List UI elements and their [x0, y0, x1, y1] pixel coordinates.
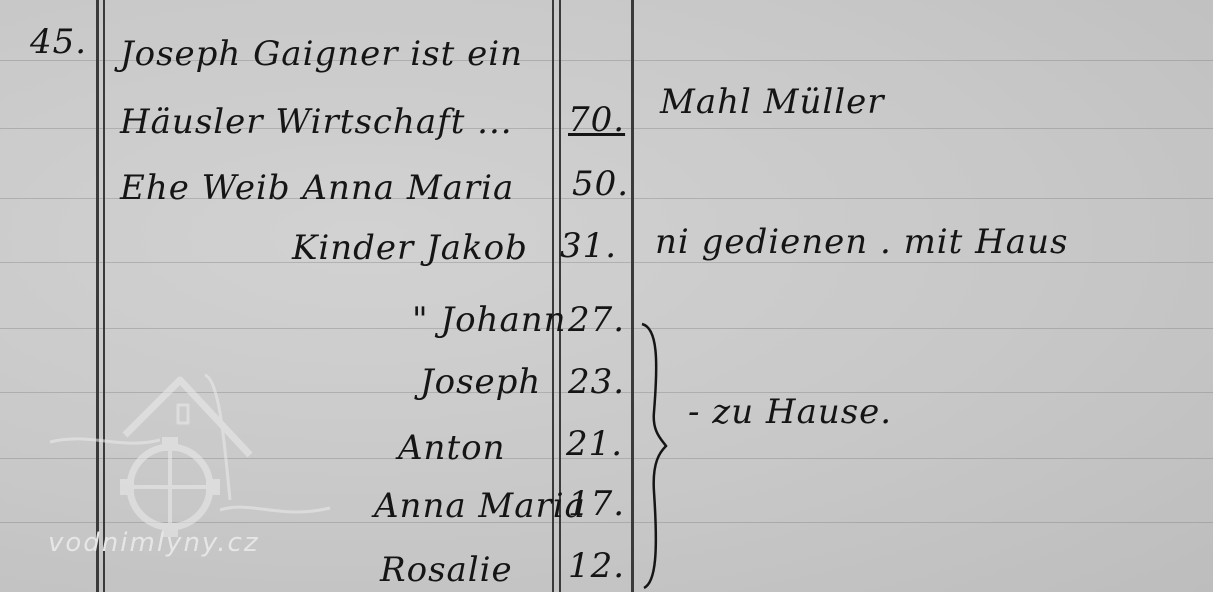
age-value: 17.	[568, 484, 625, 524]
age-value: 70.	[568, 100, 625, 140]
occupation-note: Mahl Müller	[660, 82, 885, 122]
remark-note: ni gedienen . mit Haus	[655, 222, 1068, 262]
name-line: Anton	[398, 428, 505, 468]
grouped-remark: - zu Hause.	[688, 392, 892, 432]
column-rule	[631, 0, 634, 592]
name-line: Anna Maria	[374, 486, 586, 526]
name-line: " Johann	[412, 300, 567, 340]
age-value: 27.	[568, 300, 625, 340]
age-value: 31.	[560, 226, 617, 266]
age-value: 12.	[568, 546, 625, 586]
register-page: 45. Joseph Gaigner ist ein Häusler Wirts…	[0, 0, 1213, 592]
name-line: Joseph	[420, 362, 541, 402]
name-line: Joseph Gaigner ist ein	[120, 34, 523, 74]
name-line: Rosalie	[380, 550, 513, 590]
age-value: 23.	[568, 362, 625, 402]
entry-number: 45.	[30, 22, 87, 62]
name-line: Kinder Jakob	[292, 228, 528, 268]
age-value: 21.	[566, 424, 623, 464]
watermark-text: vodnimlyny.cz	[48, 528, 260, 558]
brace-icon	[640, 322, 670, 590]
name-line: Häusler Wirtschaft ...	[120, 102, 513, 142]
name-line: Ehe Weib Anna Maria	[120, 168, 514, 208]
age-value: 50.	[572, 164, 629, 204]
